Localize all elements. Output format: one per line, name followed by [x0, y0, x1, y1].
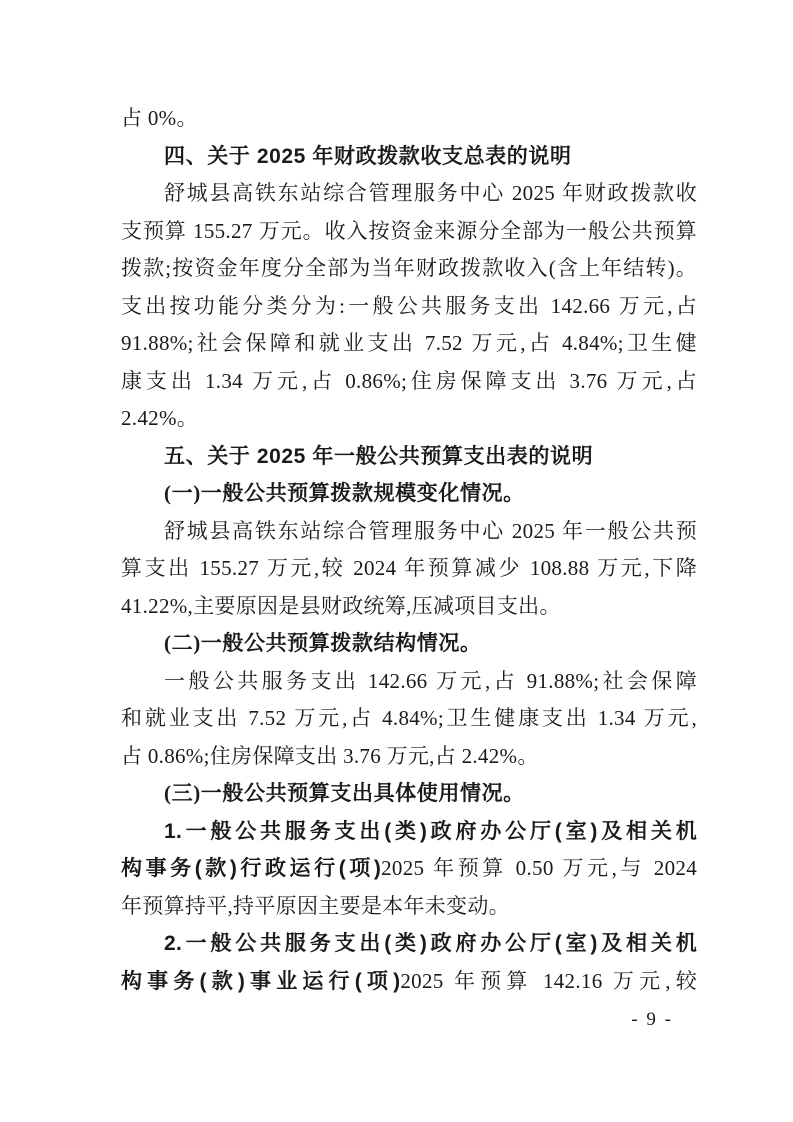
text-run: 支预算 155.27 万元。收入按资金来源分全部为一般公共预算: [121, 219, 697, 243]
section-heading-5: 五、关于 2025 年一般公共预算支出表的说明: [121, 438, 697, 476]
paragraph-line: 91.88%;社会保障和就业支出 7.52 万元,占 4.84%;卫生健: [121, 325, 697, 363]
text-run: 康支出 1.34 万元,占 0.86%;住房保障支出 3.76 万元,占: [121, 369, 697, 393]
page-number: - 9 -: [121, 1006, 673, 1034]
text-run: (三)一般公共预算支出具体使用情况。: [164, 781, 525, 805]
paragraph-line: 舒城县高铁东站综合管理服务中心 2025 年财政拨款收: [121, 175, 697, 213]
section-heading-4: 四、关于 2025 年财政拨款收支总表的说明: [121, 138, 697, 176]
bold-run: 构事务(款)事业运行(项): [121, 970, 400, 993]
item-2-line: 构事务(款)事业运行(项)2025 年预算 142.16 万元,较: [121, 963, 697, 1001]
text-run: 2025 年预算 142.16 万元,较: [400, 969, 697, 993]
item-1-end-line: 年预算持平,持平原因主要是本年未变动。: [121, 888, 697, 926]
subsection-heading-3: (三)一般公共预算支出具体使用情况。: [121, 775, 697, 813]
subsection-heading-2: (二)一般公共预算拨款结构情况。: [121, 625, 697, 663]
paragraph-line: 康支出 1.34 万元,占 0.86%;住房保障支出 3.76 万元,占: [121, 363, 697, 401]
paragraph-line: 算支出 155.27 万元,较 2024 年预算减少 108.88 万元,下降: [121, 550, 697, 588]
text-run: 2025 年预算 0.50 万元,与 2024: [381, 856, 697, 880]
paragraph-end-line: 41.22%,主要原因是县财政统筹,压减项目支出。: [121, 588, 697, 626]
paragraph-line: 支预算 155.27 万元。收入按资金来源分全部为一般公共预算: [121, 213, 697, 251]
text-run: 占 0.86%;住房保障支出 3.76 万元,占 2.42%。: [121, 744, 539, 768]
text-run: 拨款;按资金年度分全部为当年财政拨款收入(含上年结转)。: [121, 256, 697, 280]
paragraph-line: 舒城县高铁东站综合管理服务中心 2025 年一般公共预: [121, 513, 697, 551]
paragraph-end-line: 2.42%。: [121, 400, 697, 438]
paragraph-end-line: 占 0.86%;住房保障支出 3.76 万元,占 2.42%。: [121, 738, 697, 776]
text-run: 和就业支出 7.52 万元,占 4.84%;卫生健康支出 1.34 万元,: [121, 706, 697, 730]
item-1-line: 构事务(款)行政运行(项)2025 年预算 0.50 万元,与 2024: [121, 850, 697, 888]
text-run: 舒城县高铁东站综合管理服务中心 2025 年财政拨款收: [164, 181, 697, 205]
text-run: (一)一般公共预算拨款规模变化情况。: [164, 481, 525, 505]
item-2-line: 2.一般公共服务支出(类)政府办公厅(室)及相关机: [121, 925, 697, 963]
text-run: 一般公共服务支出 142.66 万元,占 91.88%;社会保障: [164, 669, 697, 693]
text-run: 五、关于 2025 年一般公共预算支出表的说明: [164, 445, 593, 468]
bold-run: 2.一般公共服务支出(类)政府办公厅(室)及相关机: [164, 932, 697, 955]
paragraph-line: 拨款;按资金年度分全部为当年财政拨款收入(含上年结转)。: [121, 250, 697, 288]
document-body: 占 0%。 四、关于 2025 年财政拨款收支总表的说明 舒城县高铁东站综合管理…: [121, 100, 697, 1000]
item-1-line: 1.一般公共服务支出(类)政府办公厅(室)及相关机: [121, 813, 697, 851]
text-run: 算支出 155.27 万元,较 2024 年预算减少 108.88 万元,下降: [121, 556, 697, 580]
paragraph-line: 和就业支出 7.52 万元,占 4.84%;卫生健康支出 1.34 万元,: [121, 700, 697, 738]
text-run: 年预算持平,持平原因主要是本年未变动。: [121, 894, 510, 918]
paragraph-line: 支出按功能分类分为:一般公共服务支出 142.66 万元,占: [121, 288, 697, 326]
document-page: 占 0%。 四、关于 2025 年财政拨款收支总表的说明 舒城县高铁东站综合管理…: [0, 0, 793, 1122]
text-run: 41.22%,主要原因是县财政统筹,压减项目支出。: [121, 594, 561, 618]
bold-run: 构事务(款)行政运行(项): [121, 857, 381, 880]
text-run: 四、关于 2025 年财政拨款收支总表的说明: [164, 145, 572, 168]
paragraph-line: 一般公共服务支出 142.66 万元,占 91.88%;社会保障: [121, 663, 697, 701]
subsection-heading-1: (一)一般公共预算拨款规模变化情况。: [121, 475, 697, 513]
text-run: 2.42%。: [121, 406, 198, 430]
text-run: 舒城县高铁东站综合管理服务中心 2025 年一般公共预: [164, 519, 697, 543]
text-run: (二)一般公共预算拨款结构情况。: [164, 631, 482, 655]
paragraph-end-line: 占 0%。: [121, 100, 697, 138]
text-run: 91.88%;社会保障和就业支出 7.52 万元,占 4.84%;卫生健: [121, 331, 697, 355]
bold-run: 1.一般公共服务支出(类)政府办公厅(室)及相关机: [164, 820, 697, 843]
text-run: 占 0%。: [121, 106, 198, 130]
text-run: 支出按功能分类分为:一般公共服务支出 142.66 万元,占: [121, 294, 697, 318]
